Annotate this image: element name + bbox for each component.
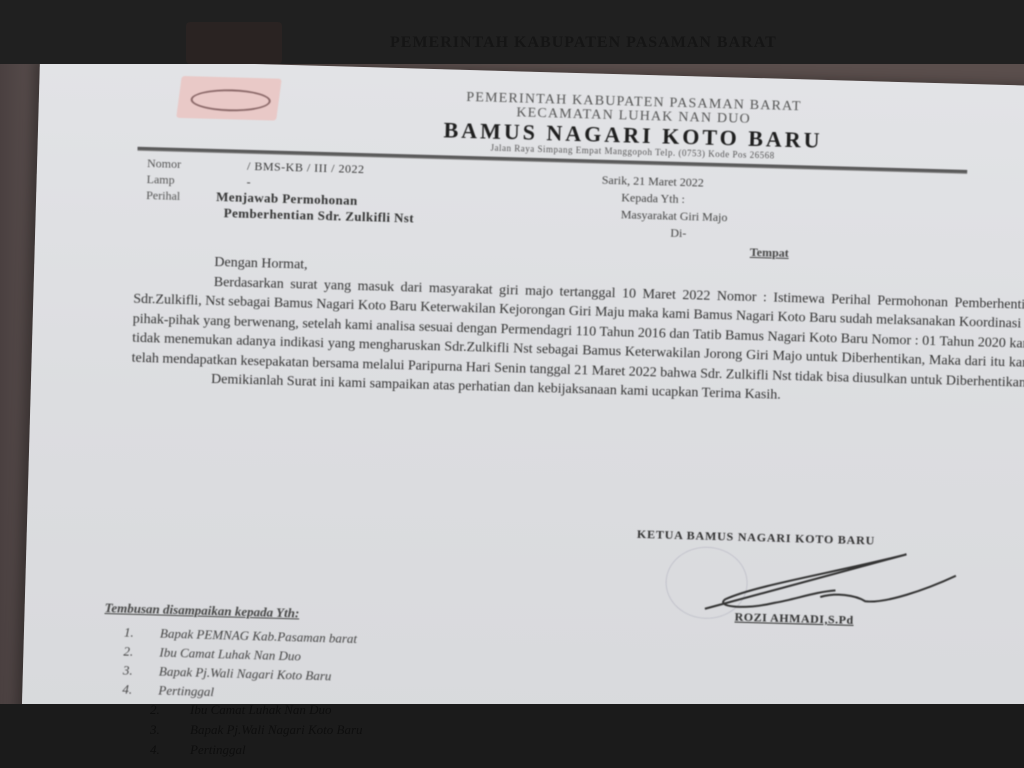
bottom-letterbox-band: 2.Ibu Camat Luhak Nan Duo 3.Bapak Pj.Wal… (0, 704, 1024, 768)
tembusan-list: 1.Bapak PEMNAG Kab.Pasaman barat 2.Ibu C… (122, 623, 357, 704)
letter-body: Dengan Hormat, Berdasarkan surat yang ma… (131, 251, 1024, 413)
nomor-value: / BMS-KB / III / 2022 (247, 158, 365, 177)
signatory-name: ROZI AHMADI,S.Pd (734, 610, 853, 628)
ghost-letterhead-reflection: PEMERINTAH KABUPATEN PASAMAN BARAT (390, 34, 777, 52)
perihal-label: Perihal (146, 187, 216, 205)
di-label: Di- (670, 225, 789, 245)
tembusan-heading: Tembusan disampaikan kepada Yth: (104, 600, 358, 623)
recipient-name: Masyarakat Giri Majo (621, 206, 790, 228)
ghost-logo-reflection (186, 22, 282, 64)
letter-page: PEMERINTAH KABUPATEN PASAMAN BARAT KECAM… (21, 64, 1024, 704)
regency-logo-icon (176, 76, 282, 121)
recipient-block: Sarik, 21 Maret 2022 Kepada Yth : Masyar… (600, 172, 791, 262)
letter-meta: Nomor/ BMS-KB / III / 2022 Lamp- Perihal… (146, 155, 416, 226)
ghost-list-reflection: 2.Ibu Camat Luhak Nan Duo 3.Bapak Pj.Wal… (150, 704, 363, 760)
nomor-label: Nomor (147, 155, 217, 173)
lamp-value: - (246, 174, 251, 190)
signature-block: KETUA BAMUS NAGARI KOTO BARU ROZI AHMADI… (637, 527, 1017, 553)
lamp-label: Lamp (146, 171, 216, 189)
tembusan-section: Tembusan disampaikan kepada Yth: 1.Bapak… (102, 600, 358, 704)
document-photo: PEMERINTAH KABUPATEN PASAMAN BARAT KECAM… (0, 64, 1024, 704)
top-letterbox-band: PEMERINTAH KABUPATEN PASAMAN BARAT (0, 0, 1024, 64)
tempat-label: Tempat (750, 244, 789, 262)
